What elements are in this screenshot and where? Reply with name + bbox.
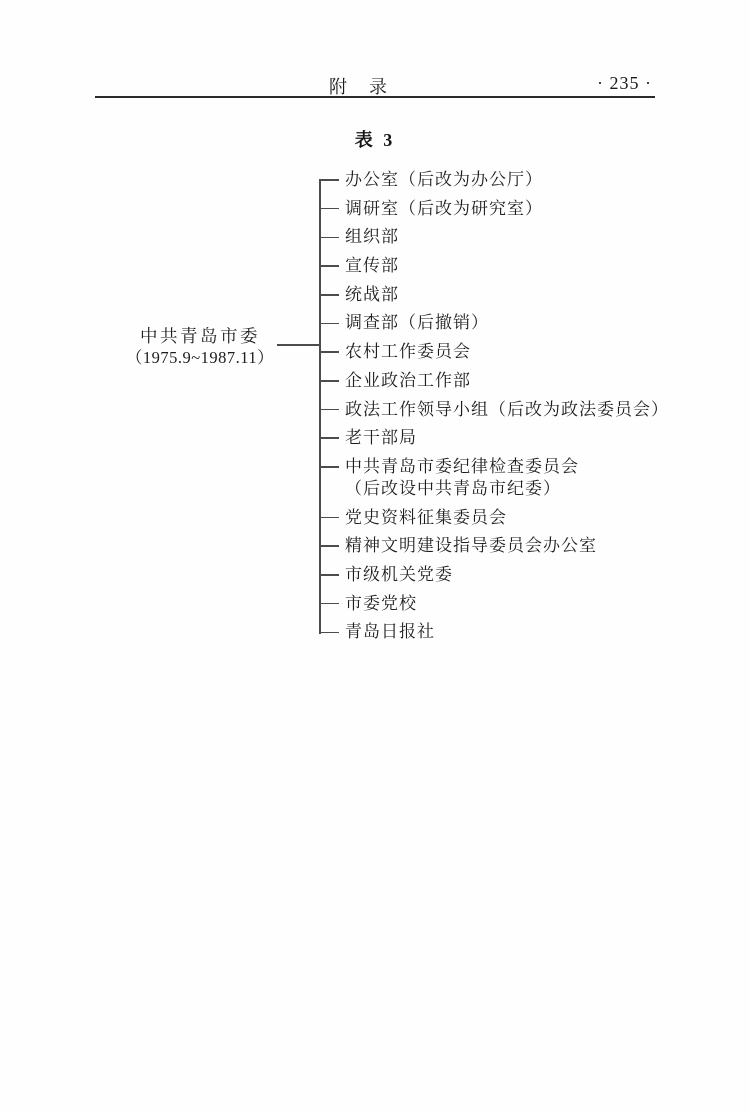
tree-item: 调查部（后撤销） bbox=[319, 312, 699, 334]
root-connector-line bbox=[277, 344, 320, 346]
branch-line bbox=[319, 265, 339, 267]
branch-line bbox=[319, 574, 339, 576]
tree-items: 办公室（后改为办公厅）调研室（后改为研究室）组织部宣传部统战部调查部（后撤销）农… bbox=[319, 169, 699, 650]
branch-line bbox=[319, 237, 339, 239]
tree-item: 办公室（后改为办公厅） bbox=[319, 169, 699, 191]
tree-item-label: 政法工作领导小组（后改为政法委员会） bbox=[345, 399, 669, 421]
tree-item: 中共青岛市委纪律检查委员会（后改设中共青岛市纪委） bbox=[319, 456, 699, 500]
tree-item-label: 市委党校 bbox=[345, 593, 417, 615]
tree-item-label: 市级机关党委 bbox=[345, 564, 453, 586]
tree-item: 市委党校 bbox=[319, 593, 699, 615]
branch-line bbox=[319, 603, 339, 605]
tree-item: 老干部局 bbox=[319, 427, 699, 449]
tree-item: 宣传部 bbox=[319, 255, 699, 277]
tree-item: 市级机关党委 bbox=[319, 564, 699, 586]
tree-item-label: 青岛日报社 bbox=[345, 621, 435, 643]
branch-line bbox=[319, 517, 339, 519]
org-tree: 中共青岛市委 （1975.9~1987.11） 办公室（后改为办公厅）调研室（后… bbox=[0, 0, 750, 700]
branch-line bbox=[319, 294, 339, 296]
tree-item: 调研室（后改为研究室） bbox=[319, 198, 699, 220]
tree-item: 党史资料征集委员会 bbox=[319, 507, 699, 529]
branch-line bbox=[319, 351, 339, 353]
book-page: 附 录 · 235 · 表 3 中共青岛市委 （1975.9~1987.11） … bbox=[0, 0, 750, 1113]
branch-line bbox=[319, 409, 339, 411]
tree-item: 统战部 bbox=[319, 284, 699, 306]
root-name: 中共青岛市委 bbox=[120, 326, 280, 347]
branch-line bbox=[319, 466, 339, 468]
tree-item-label: 统战部 bbox=[345, 284, 399, 306]
tree-item-label: 宣传部 bbox=[345, 255, 399, 277]
tree-item: 组织部 bbox=[319, 226, 699, 248]
branch-line bbox=[319, 380, 339, 382]
branch-line bbox=[319, 545, 339, 547]
tree-item-label: 老干部局 bbox=[345, 427, 417, 449]
tree-item-label: 党史资料征集委员会 bbox=[345, 507, 507, 529]
tree-item: 政法工作领导小组（后改为政法委员会） bbox=[319, 399, 699, 421]
root-dates: （1975.9~1987.11） bbox=[120, 347, 280, 368]
tree-item: 企业政治工作部 bbox=[319, 370, 699, 392]
tree-item-label: 办公室（后改为办公厅） bbox=[345, 169, 543, 191]
tree-item-label: 组织部 bbox=[345, 226, 399, 248]
tree-item: 青岛日报社 bbox=[319, 621, 699, 643]
tree-item-label: 企业政治工作部 bbox=[345, 370, 471, 392]
tree-item-label: 中共青岛市委纪律检查委员会（后改设中共青岛市纪委） bbox=[345, 456, 579, 500]
branch-line bbox=[319, 632, 339, 634]
tree-item: 精神文明建设指导委员会办公室 bbox=[319, 535, 699, 557]
tree-item: 农村工作委员会 bbox=[319, 341, 699, 363]
branch-line bbox=[319, 179, 339, 181]
tree-item-label: 调查部（后撤销） bbox=[345, 312, 489, 334]
tree-item-label: 农村工作委员会 bbox=[345, 341, 471, 363]
tree-item-label: 调研室（后改为研究室） bbox=[345, 198, 543, 220]
tree-item-label: 精神文明建设指导委员会办公室 bbox=[345, 535, 597, 557]
tree-root: 中共青岛市委 （1975.9~1987.11） bbox=[120, 326, 280, 368]
branch-line bbox=[319, 323, 339, 325]
branch-line bbox=[319, 437, 339, 439]
branch-line bbox=[319, 208, 339, 210]
